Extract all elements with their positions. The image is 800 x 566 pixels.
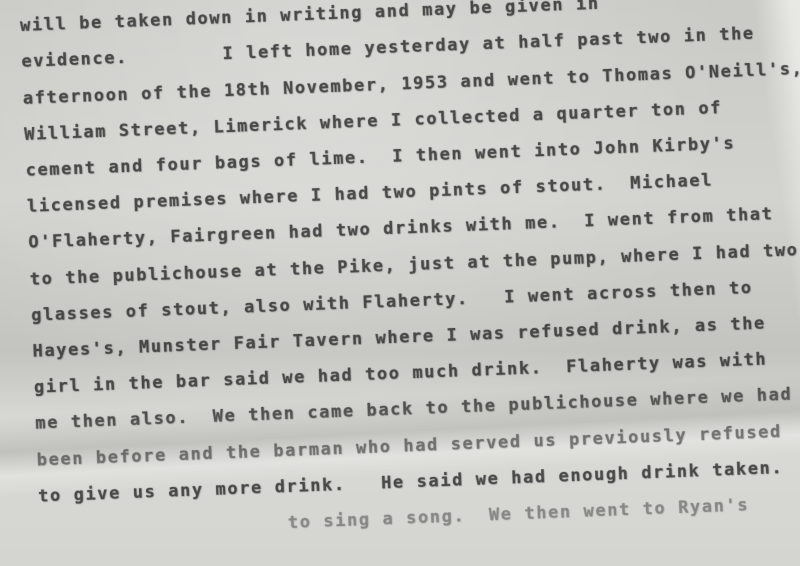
document-photo: say anything you wish to say but anythin… <box>0 0 800 566</box>
